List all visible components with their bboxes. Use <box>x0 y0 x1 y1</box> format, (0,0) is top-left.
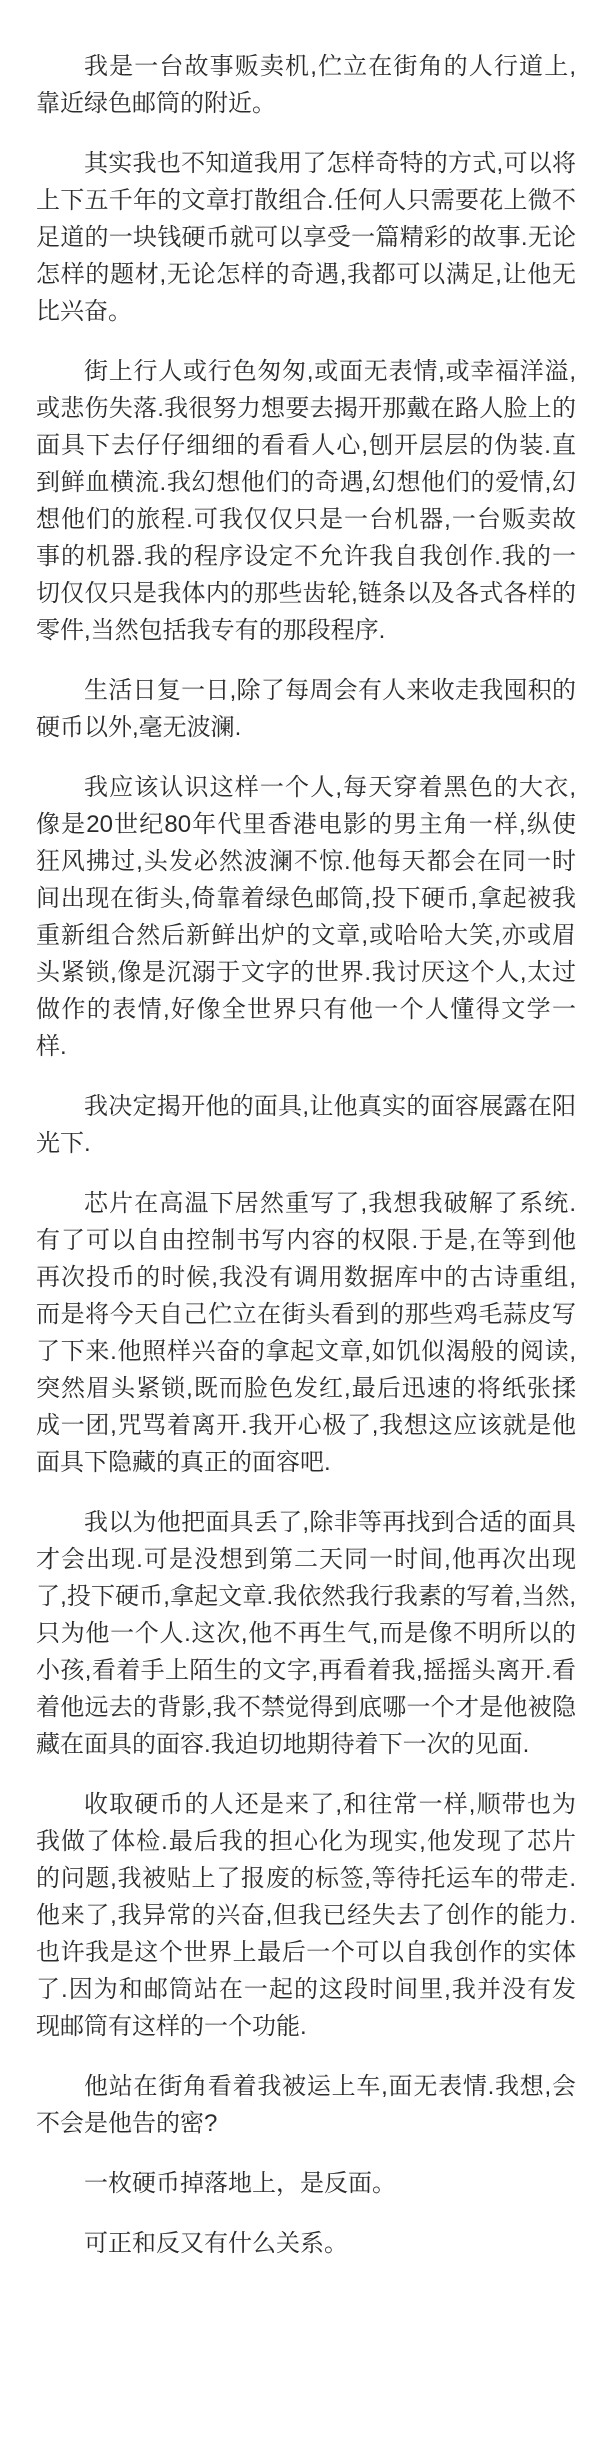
story-paragraph: 可正和反又有什么关系。 <box>36 2225 576 2262</box>
story-paragraph: 其实我也不知道我用了怎样奇特的方式,可以将上下五千年的文章打散组合.任何人只需要… <box>36 145 576 330</box>
story-paragraph: 一枚硬币掉落地上，是反面。 <box>36 2165 576 2202</box>
story-paragraph: 我决定揭开他的面具,让他真实的面容展露在阳光下. <box>36 1088 576 1162</box>
story-paragraph: 芯片在高温下居然重写了,我想我破解了系统.有了可以自由控制书写内容的权限.于是,… <box>36 1185 576 1481</box>
story-paragraph: 我应该认识这样一个人,每天穿着黑色的大衣,像是20世纪80年代里香港电影的男主角… <box>36 769 576 1065</box>
story-page: 我是一台故事贩卖机,伫立在街角的人行道上,靠近绿色邮筒的附近。 其实我也不知道我… <box>0 0 610 2451</box>
story-paragraph: 我以为他把面具丢了,除非等再找到合适的面具才会出现.可是没想到第二天同一时间,他… <box>36 1504 576 1763</box>
story-paragraph: 他站在街角看着我被运上车,面无表情.我想,会不会是他告的密? <box>36 2068 576 2142</box>
story-paragraph: 街上行人或行色匆匆,或面无表情,或幸福洋溢,或悲伤失落.我很努力想要去揭开那戴在… <box>36 353 576 649</box>
story-paragraph: 生活日复一日,除了每周会有人来收走我囤积的硬币以外,毫无波澜. <box>36 672 576 746</box>
story-paragraph: 收取硬币的人还是来了,和往常一样,顺带也为我做了体检.最后我的担心化为现实,他发… <box>36 1786 576 2045</box>
story-paragraph: 我是一台故事贩卖机,伫立在街角的人行道上,靠近绿色邮筒的附近。 <box>36 48 576 122</box>
